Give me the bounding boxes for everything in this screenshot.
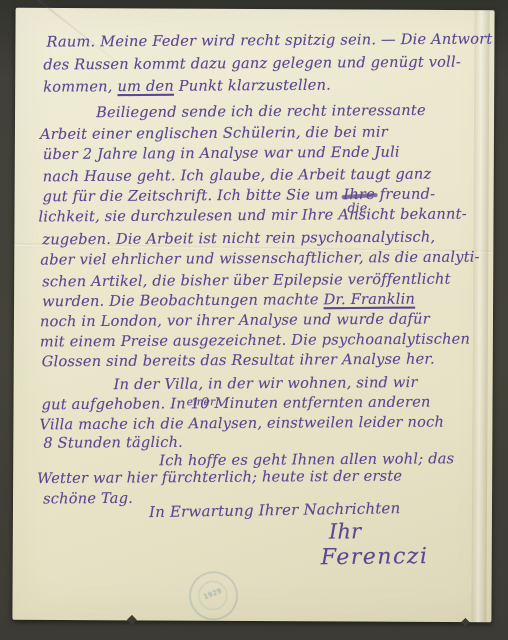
handwriting-line: gut aufgehoben. In einer10 Minuten entfe… (41, 394, 430, 414)
line-text: Punkt klarzustellen. (174, 77, 331, 95)
letter-page: Raum. Meine Feder wird recht spitzig sei… (12, 8, 494, 622)
line-text: 10 Minuten entfernten anderen (191, 394, 431, 413)
line-text: kommen, (43, 78, 117, 96)
handwriting-line: Raum. Meine Feder wird recht spitzig sei… (46, 31, 492, 51)
handwriting-line: Arbeit einer englischen Schülerin, die b… (40, 124, 388, 143)
correction: Ihredie (343, 186, 375, 203)
handwriting-line: nach Hause geht. Ich glaube, die Arbeit … (43, 166, 432, 186)
line-text: freund- (375, 186, 435, 203)
handwriting-line: schöne Tag. (43, 490, 133, 508)
handwriting-line: mit einem Preise ausgezeichnet. Die psyc… (40, 331, 470, 351)
inserted-word: einer (187, 396, 216, 408)
handwriting-line: gut für die Zeitschrift. Ich bitte Sie u… (43, 186, 436, 206)
handwriting-line: Wetter war hier fürchterlich; heute ist … (37, 468, 402, 488)
handwriting-line: aber viel ehrlicher und wissenschaftlich… (40, 248, 480, 268)
round-archive-stamp: 1929 (182, 565, 244, 627)
handwriting-line: lichkeit, sie durchzulesen und mir Ihre … (38, 205, 466, 225)
line-text: gut aufgehoben. In (41, 395, 190, 413)
underlined-phrase: um den (117, 78, 174, 95)
handwriting-line: 8 Stunden täglich. (43, 434, 183, 452)
handwriting-line: des Russen kommt dazu ganz gelegen und g… (43, 54, 461, 74)
handwriting-line: kommen, um den Punkt klarzustellen. (43, 77, 331, 96)
line-text: wurden. Die Beobachtungen machte (42, 291, 324, 310)
handwriting-line: zugeben. Die Arbeit ist nicht rein psych… (42, 229, 435, 249)
line-text: gut für die Zeitschrift. Ich bitte Sie u… (43, 186, 344, 205)
signature: Ferenczi (321, 544, 429, 570)
paper-notch (127, 615, 137, 625)
paper-fold-right (471, 10, 489, 622)
underlined-phrase: Dr. Franklin (323, 291, 415, 309)
handwriting-line: Ich hoffe es geht Ihnen allen wohl; das (159, 450, 454, 469)
closing-line: In Erwartung Ihrer Nachrichten (149, 499, 401, 521)
handwriting-line: Villa mache ich die Analysen, einstweile… (39, 414, 444, 434)
signature-ihr: Ihr (329, 519, 362, 543)
paper-notch (461, 618, 469, 626)
handwriting-line: über 2 Jahre lang in Analyse war und End… (43, 144, 400, 163)
handwriting-line: Glossen sind bereits das Resultat ihrer … (42, 351, 435, 371)
scan-background: Raum. Meine Feder wird recht spitzig sei… (0, 0, 508, 640)
handwriting-line: schen Artikel, die bisher über Epilepsie… (42, 271, 451, 291)
handwriting-line: wurden. Die Beobachtungen machte Dr. Fra… (42, 291, 415, 311)
handwriting-line: In der Villa, in der wir wohnen, sind wi… (114, 374, 418, 393)
handwriting-line: Beiliegend sende ich die recht interessa… (96, 102, 426, 121)
handwriting-line: noch in London, vor ihrer Analyse und wu… (40, 311, 430, 331)
